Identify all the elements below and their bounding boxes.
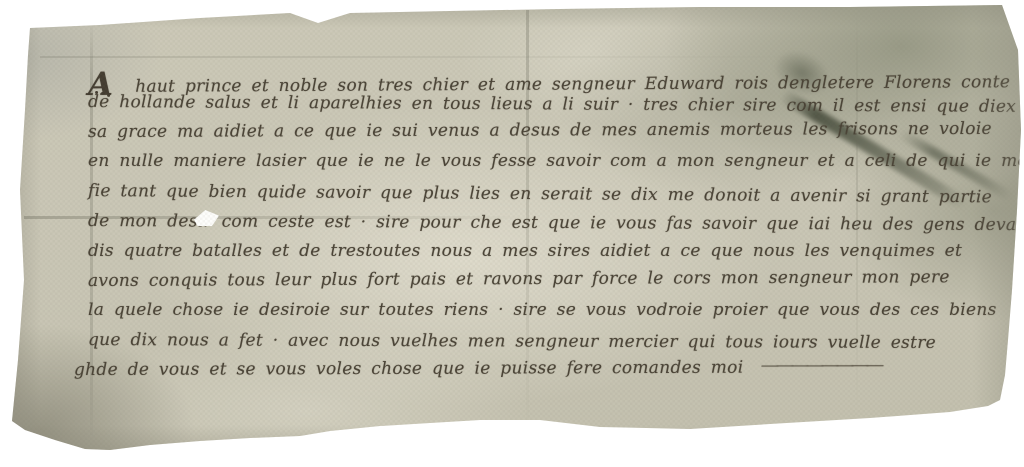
- manuscript-line: avons conquis tous leur plus fort pais e…: [88, 267, 1018, 301]
- parchment-sheet: Ahaut prince et noble son tres chier et …: [0, 0, 1024, 467]
- manuscript-line: en nulle maniere lasier que ie ne le vou…: [88, 151, 1018, 181]
- manuscript-line-text: ghde de vous et se vous voles chose que …: [74, 358, 744, 380]
- manuscript-line: de mon desir com ceste est · sire pour c…: [88, 211, 1018, 245]
- manuscript-line: dis quatre batalles et de trestoutes nou…: [88, 241, 1018, 271]
- manuscript-line: Ahaut prince et noble son tres chier et …: [88, 57, 1018, 92]
- manuscript-photo: Ahaut prince et noble son tres chier et …: [0, 0, 1024, 467]
- manuscript-line: sa grace ma aidiet a ce que ie sui venus…: [88, 118, 1018, 151]
- manuscript-line: ghde de vous et se vous voles chose que …: [74, 357, 1018, 390]
- letter-text: Ahaut prince et noble son tres chier et …: [88, 62, 1018, 390]
- closing-dash: ――――――――: [761, 355, 881, 375]
- manuscript-line: la quele chose ie desiroie sur toutes ri…: [88, 300, 1018, 330]
